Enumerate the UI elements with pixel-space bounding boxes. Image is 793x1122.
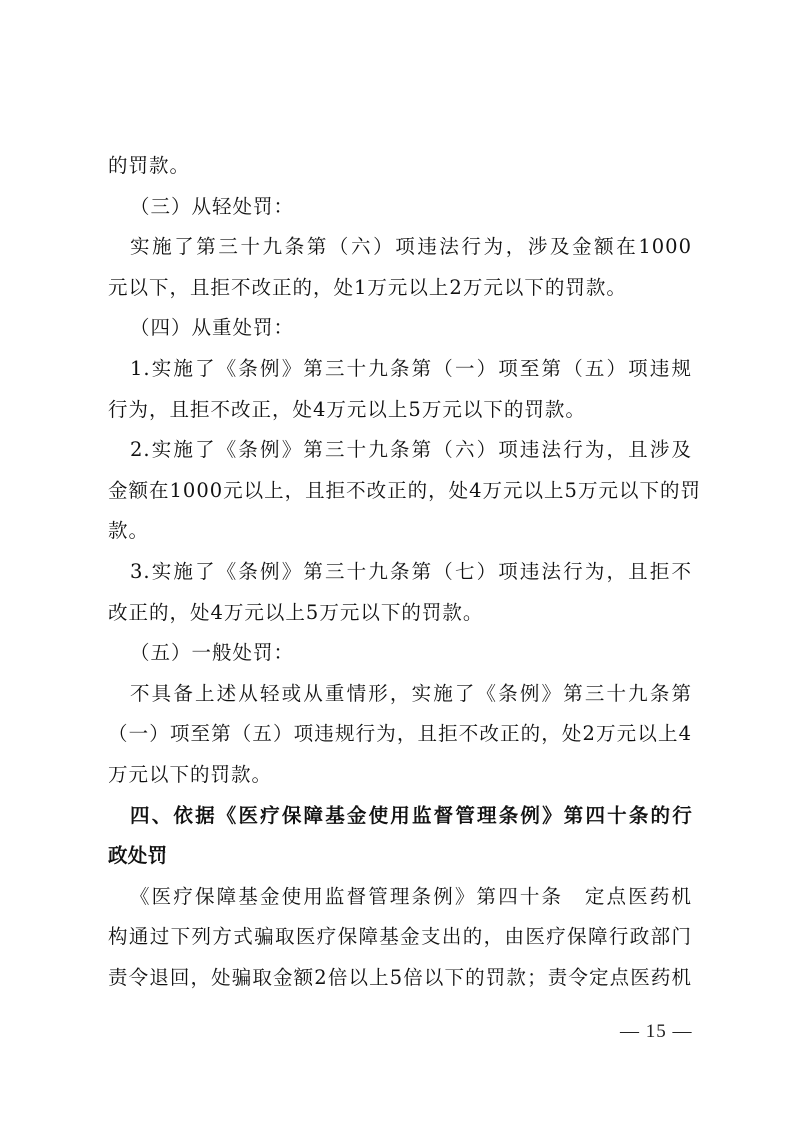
paragraph-line: （四）从重处罚： bbox=[108, 308, 692, 349]
paragraph-line: 《医疗保障基金使用监督管理条例》第四十条 定点医药机 bbox=[108, 877, 692, 918]
paragraph-line: 不具备上述从轻或从重情形，实施了《条例》第三十九条第 bbox=[108, 674, 692, 715]
paragraph-line: 万元以下的罚款。 bbox=[108, 755, 692, 796]
section-heading-line: 政处罚 bbox=[108, 836, 692, 877]
paragraph-line: （五）一般处罚： bbox=[108, 633, 692, 674]
paragraph-line: 实施了第三十九条第（六）项违法行为，涉及金额在1000 bbox=[108, 227, 692, 268]
paragraph-line: 1.实施了《条例》第三十九条第（一）项至第（五）项违规 bbox=[108, 349, 692, 390]
paragraph-line: 的罚款。 bbox=[108, 146, 692, 187]
paragraph-line: （一）项至第（五）项违规行为，且拒不改正的，处2万元以上4 bbox=[108, 714, 692, 755]
paragraph-line: 改正的，处4万元以上5万元以下的罚款。 bbox=[108, 593, 692, 634]
paragraph-line: 责令退回，处骗取金额2倍以上5倍以下的罚款；责令定点医药机 bbox=[108, 958, 692, 999]
paragraph-line: 3.实施了《条例》第三十九条第（七）项违法行为，且拒不 bbox=[108, 552, 692, 593]
paragraph-line: 元以下，且拒不改正的，处1万元以上2万元以下的罚款。 bbox=[108, 268, 692, 309]
paragraph-line: 行为，且拒不改正，处4万元以上5万元以下的罚款。 bbox=[108, 390, 692, 431]
paragraph-line: 款。 bbox=[108, 511, 692, 552]
page-number: — 15 — bbox=[620, 1021, 693, 1043]
paragraph-line: 2.实施了《条例》第三十九条第（六）项违法行为，且涉及 bbox=[108, 430, 692, 471]
section-heading-line: 四、依据《医疗保障基金使用监督管理条例》第四十条的行 bbox=[108, 796, 692, 837]
paragraph-line: 金额在1000元以上，且拒不改正的，处4万元以上5万元以下的罚 bbox=[108, 471, 692, 512]
paragraph-line: （三）从轻处罚： bbox=[108, 187, 692, 228]
document-page-body: 的罚款。（三）从轻处罚：实施了第三十九条第（六）项违法行为，涉及金额在1000元… bbox=[108, 146, 692, 998]
paragraph-line: 构通过下列方式骗取医疗保障基金支出的，由医疗保障行政部门 bbox=[108, 917, 692, 958]
